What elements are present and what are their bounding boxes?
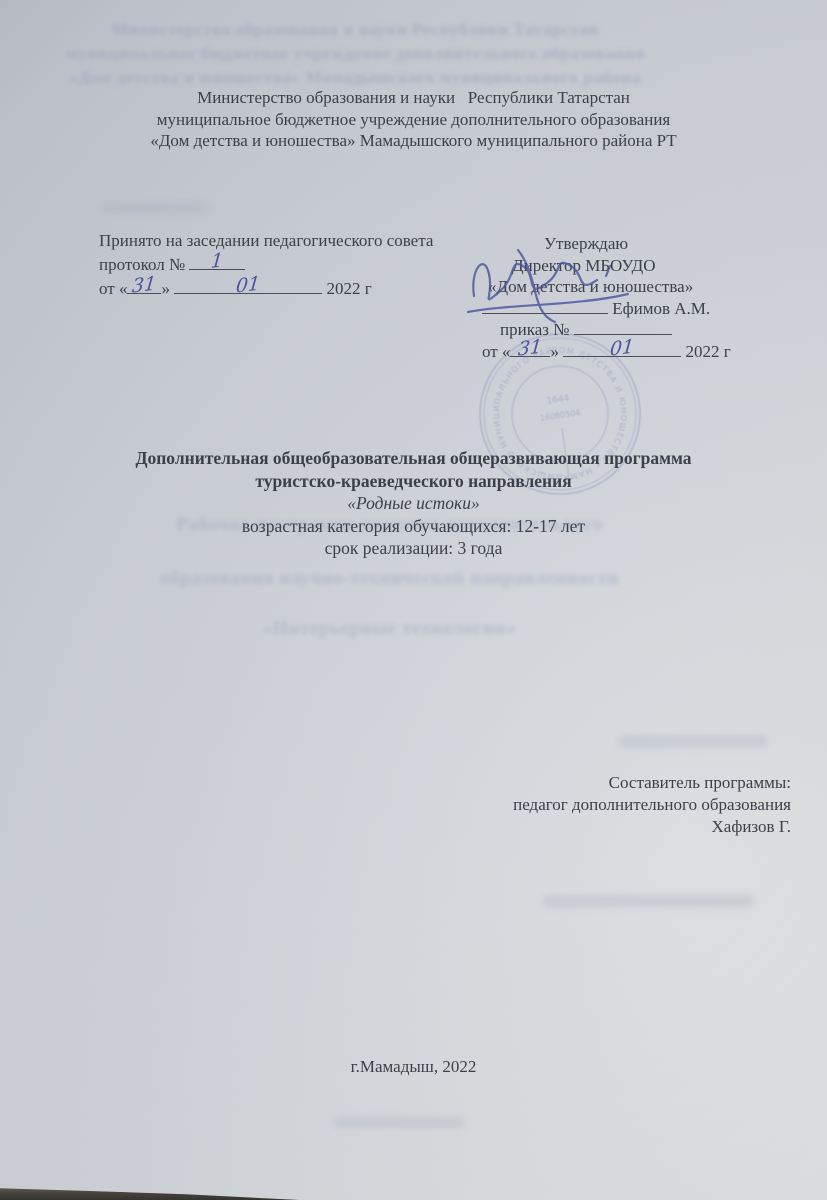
header-line: муниципальное бюджетное учреждение допол… bbox=[0, 109, 827, 131]
handwritten-month: 01 bbox=[609, 336, 635, 361]
handwritten-day: 31 bbox=[131, 271, 157, 298]
month-blank: 01 bbox=[563, 341, 681, 357]
approved-date-line: от «31» 01 2022 г bbox=[482, 341, 802, 363]
ghost-line: муниципальное бюджетное учреждение допол… bbox=[0, 44, 769, 64]
signature-ink bbox=[460, 236, 660, 336]
date-close-quote: » bbox=[550, 342, 559, 361]
ghost-smudge bbox=[542, 896, 754, 907]
protocol-number-blank: 1 bbox=[189, 254, 245, 270]
ghost-smudge bbox=[618, 736, 768, 747]
duration-line: срок реализации: 3 года bbox=[0, 537, 827, 560]
ghost-smudge bbox=[100, 203, 210, 213]
handwritten-month: 01 bbox=[235, 271, 261, 298]
program-title-block: Дополнительная общеобразовательная общер… bbox=[0, 447, 827, 560]
day-blank: 31 bbox=[510, 341, 550, 357]
city-year-line: г.Мамадыш, 2022 bbox=[0, 1057, 827, 1077]
composer-role: педагог дополнительного образования bbox=[513, 794, 791, 816]
age-category-line: возрастная категория обучающихся: 12-17 … bbox=[0, 515, 827, 538]
scanned-title-page: Министерство образования и науки Республ… bbox=[0, 0, 827, 1200]
ghost-line: Министерство образования и науки Республ… bbox=[0, 20, 769, 40]
stamp-center-text: 1644 bbox=[546, 394, 570, 407]
ghost-line: «Интерьерные технологии» bbox=[0, 618, 803, 640]
day-blank: 31 bbox=[127, 278, 161, 294]
handwritten-day: 31 bbox=[518, 336, 544, 361]
program-name: «Родные истоки» bbox=[0, 492, 827, 515]
date-close-quote: » bbox=[161, 279, 170, 298]
date-prefix: от « bbox=[482, 342, 510, 361]
composer-block: Составитель программы: педагог дополните… bbox=[513, 772, 791, 838]
photo-lighting bbox=[0, 0, 827, 1200]
composer-label: Составитель программы: bbox=[513, 772, 791, 794]
accepted-line: Принято на заседании педагогического сов… bbox=[99, 229, 433, 253]
header-line: Министерство образования и науки Республ… bbox=[0, 87, 827, 109]
date-prefix: от « bbox=[99, 279, 127, 298]
ghost-line: образования научно-технической направлен… bbox=[0, 568, 803, 590]
photo-edge bbox=[0, 1185, 300, 1200]
accepted-date-line: от «31» 01 2022 г bbox=[99, 277, 433, 301]
ghost-line: «Дом детства и юношества» Мамадышского м… bbox=[0, 68, 769, 88]
composer-name: Хафизов Г. bbox=[513, 816, 791, 838]
handwritten-protocol-number: 1 bbox=[210, 248, 224, 274]
date-year: 2022 г bbox=[326, 279, 371, 298]
accepted-block: Принято на заседании педагогического сов… bbox=[99, 229, 433, 301]
stamp-center-text: 16080504 bbox=[539, 408, 581, 423]
ghost-smudge bbox=[333, 1118, 465, 1127]
date-year: 2022 г bbox=[685, 342, 730, 361]
month-blank: 01 bbox=[174, 278, 322, 294]
program-direction-line: туристско-краеведческого направления bbox=[0, 470, 827, 493]
protocol-label: протокол № bbox=[99, 255, 185, 274]
institution-header: Министерство образования и науки Республ… bbox=[0, 87, 827, 152]
program-title-line: Дополнительная общеобразовательная общер… bbox=[0, 447, 827, 470]
header-line: «Дом детства и юношества» Мамадышского м… bbox=[0, 130, 827, 152]
